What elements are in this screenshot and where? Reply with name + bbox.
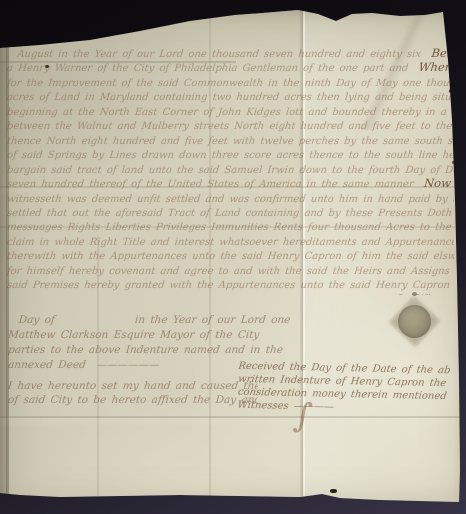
deed-body-text: August in the Year of our Lord one thous… [7,47,454,295]
handwritten-line: thence North eight hundred and five feet… [7,134,454,148]
handwritten-line: seven hundred thereof of the United Stat… [7,177,454,191]
handwritten-line: therewith with the Appurtenances unto th… [7,249,454,263]
line-text-emphasis: Between [431,47,454,60]
handwritten-line: August in the Year of our Lord one thous… [7,47,454,61]
line-text: settled that out the aforesaid Tract of … [7,208,454,219]
line-text: seven hundred thereof of the United Stat… [7,179,425,190]
handwritten-line: witnesseth was deemed unfit settled and … [7,192,454,206]
line-text: between the Walnut and Mulberry streets … [7,121,454,132]
handwritten-line: hereby Covenants the same shall and will… [7,293,454,295]
line-text-emphasis: Whereas in [418,60,454,74]
line-text: for the Improvement of the said Commonwe… [7,78,454,89]
line-text: for himself hereby covenant and agree to… [7,266,454,277]
handwritten-line: of said City to be hereto affixed the Da… [8,393,258,407]
line-text: August in the Year of our Lord one thous… [7,49,432,60]
handwritten-line: between the Walnut and Mulberry streets … [7,119,454,133]
line-text: beginning at the North East Corner of Jo… [7,107,454,118]
line-text: of said Springs by Lines drawn down thre… [7,150,454,161]
horizontal-crease-bottom [0,416,466,418]
line-text: acres of Land in Maryland containing two… [7,92,454,103]
line-text: a Henry Warner of the City of Philadelph… [7,63,419,74]
wax-wafer-seal [392,296,440,348]
line-text: therewith with the Appurtenances unto th… [7,251,454,262]
witness-brace-mark: ∫ [292,395,314,437]
handwritten-line: acres of Land in Maryland containing two… [7,90,454,104]
line-text: said Premises hereby granted with the Ap… [7,280,454,291]
handwritten-line: said Premises hereby granted with the Ap… [7,278,454,292]
handwritten-line: for the Improvement of the said Commonwe… [7,76,454,90]
line-text: bargain said tract of land unto the said… [7,165,454,176]
handwritten-line: claim in whole Right Title and interest … [7,235,454,249]
seal-embossed-disc [398,305,431,338]
handwritten-line: parties to the above Indenture named and… [8,343,308,358]
line-text: claim in whole Right Title and interest … [7,237,454,248]
handwritten-line: a Henry Warner of the City of Philadelph… [7,61,454,75]
line-text: thence North eight hundred and five feet… [7,136,454,147]
line-text: witnesseth was deemed unfit settled and … [7,194,454,205]
handwritten-line: Day of in the Year of our Lord one [8,313,308,328]
handwritten-line: of said Springs by Lines drawn down thre… [7,148,454,162]
handwritten-line: I have hereunto set my hand and caused t… [8,379,258,393]
left-edge-fold-band [0,0,7,514]
edge-nick [330,489,337,493]
parchment-document: August in the Year of our Lord one thous… [0,0,466,514]
handwritten-line: Matthew Clarkson Esquire Mayor of the Ci… [8,328,308,343]
handwritten-line: settled that out the aforesaid Tract of … [7,206,454,220]
photograph: August in the Year of our Lord one thous… [0,0,466,514]
handwritten-line: beginning at the North East Corner of Jo… [7,105,454,119]
attestation-text: I have hereunto set my hand and caused t… [8,379,258,407]
handwritten-line: messuages Rights Liberties Privileges Im… [7,220,454,234]
receipt-clause-text: Received the Day of the Date of the abov… [237,360,450,416]
line-text-emphasis: Now this Indenture [423,176,454,190]
line-text: messuages Rights Liberties Privileges Im… [7,222,454,233]
line-text-emphasis: In Witness whereof [397,292,454,295]
handwritten-line: bargain said tract of land unto the said… [7,163,454,177]
handwritten-line: for himself hereby covenant and agree to… [7,264,454,278]
